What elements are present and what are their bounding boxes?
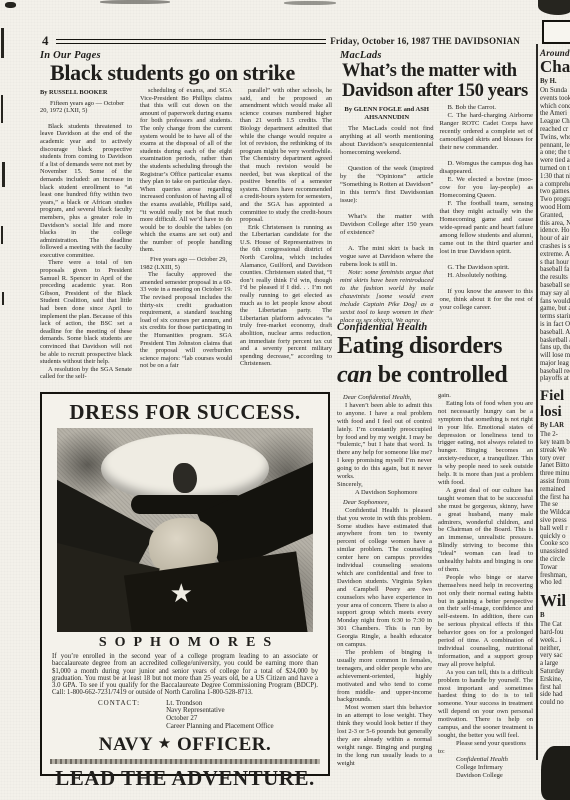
column-rule xyxy=(536,44,538,760)
cutoff-byline: By H. xyxy=(540,78,570,85)
text-fragment: turned on th xyxy=(540,165,570,173)
text-fragment: On Sunda xyxy=(540,87,570,95)
masthead-rule xyxy=(56,39,327,44)
paragraph: E. We elected a bovine (moo-cow for you … xyxy=(440,176,534,200)
cutoff-text-2: The 2-key team bstreak Wetory overJanet … xyxy=(540,431,570,587)
navy-word: NAVY xyxy=(99,734,153,755)
paragraph: Please send your questions to: xyxy=(438,740,533,756)
text-fragment: events took xyxy=(540,95,570,103)
text-fragment: key team b xyxy=(540,439,570,447)
article-column-1: By GLENN FOGLE and ASH AHSANNUDINThe Mac… xyxy=(340,104,434,325)
text-fragment: Towar xyxy=(540,564,570,572)
article-column-2: gain.Eating lots of food when you are no… xyxy=(438,392,533,779)
article-headline-line2: Davidson after 150 years xyxy=(342,81,533,101)
article-eating-disorders: Confidential Health Eating disorders can… xyxy=(337,322,533,779)
ad-contact-block: CONTACT: Lt. TrondsonNavy Representative… xyxy=(98,700,320,730)
text-fragment: The 2- xyxy=(540,431,570,439)
text-fragment: Twins, who xyxy=(540,134,570,142)
text-fragment: playoffs at xyxy=(540,375,570,383)
cutoff-headline: Cha xyxy=(540,58,570,76)
cutoff-headline3: Wil xyxy=(540,592,570,610)
text-fragment: baseball. A xyxy=(540,329,570,337)
star-icon: ★ xyxy=(158,734,172,752)
text-fragment: the results xyxy=(540,274,570,282)
contact-lines: Lt. TrondsonNavy RepresentativeOctober 2… xyxy=(166,700,274,730)
text-fragment: idence. Ho xyxy=(540,227,570,235)
paragraph: F. The football team, sensing that they … xyxy=(440,200,534,256)
text-fragment: side had xyxy=(540,691,570,699)
officer-torso xyxy=(124,551,308,632)
text-fragment: Janet Bitto xyxy=(540,462,570,470)
text-fragment: freshman, xyxy=(540,572,570,580)
paragraph: H. Absolutely nothing. xyxy=(440,272,534,280)
article-headline-line1: Eating disorders xyxy=(337,334,533,359)
cutoff-text-3: The Cathard-fouweek.. ineither,very saca… xyxy=(540,621,570,707)
text-fragment: baseball rec xyxy=(540,368,570,376)
paragraph: Most women start this behavior in an att… xyxy=(337,704,432,767)
text-fragment: assist from xyxy=(540,478,570,486)
text-fragment: could no xyxy=(540,699,570,707)
article-headline-line2: can be controlled xyxy=(337,363,533,388)
paragraph: Note: some feminists argue that mini ski… xyxy=(340,269,434,325)
text-fragment: The Cat xyxy=(540,621,570,629)
page-number: 4 xyxy=(42,33,49,49)
paragraph: A resolution by the SGA Senate called fo… xyxy=(40,366,132,381)
scan-artifact xyxy=(1,95,3,123)
text-fragment: game, but a xyxy=(540,305,570,313)
text-fragment: three minu xyxy=(540,470,570,478)
text-fragment: Granted, xyxy=(540,212,570,220)
paragraph: C. The hard-charging Airborne Ranger ROT… xyxy=(440,112,534,152)
paragraph: Sincerely, xyxy=(337,481,432,489)
text-fragment: Erskine, xyxy=(540,676,570,684)
paragraph: B. Bob the Carrot. xyxy=(440,104,534,112)
paragraph: Dear Confidential Health, xyxy=(337,394,432,402)
text-fragment: neither, xyxy=(540,645,570,653)
text-fragment: basketball a xyxy=(540,337,570,345)
paragraph: Erik Christensen is running as the Liber… xyxy=(240,224,332,368)
navy-officer-logo: NAVY ★ OFFICER. xyxy=(50,734,320,756)
paragraph: scheduling of exams, and SGA Vice-Presid… xyxy=(140,87,232,254)
text-fragment: who led xyxy=(540,579,570,587)
text-fragment: were tied at xyxy=(540,157,570,165)
headline-rest: be controlled xyxy=(372,362,507,388)
article-maclads: MacLads What’s the matter with Davidson … xyxy=(340,50,533,325)
paragraph: What’s the matter with Davidson College … xyxy=(340,213,434,237)
text-fragment: fans up, the xyxy=(540,344,570,352)
navy-officer-photo: ★ xyxy=(57,428,313,632)
paragraph: By RUSSELL BOOKER xyxy=(40,89,132,97)
text-fragment: s that hour xyxy=(540,259,570,267)
paragraph: College Infirmary xyxy=(438,764,533,772)
text-fragment: will lose m xyxy=(540,352,570,360)
text-fragment: extreme. Af xyxy=(540,251,570,259)
scan-artifact xyxy=(2,162,5,187)
paragraph: There were a total of ten proposals give… xyxy=(40,259,132,365)
cutoff-text-1: On Sundaevents tookwhich concthe AmeriLe… xyxy=(540,87,570,383)
paragraph: I haven’t been able to admit this to any… xyxy=(337,402,432,481)
paragraph: gain. xyxy=(438,392,533,400)
scan-artifact xyxy=(541,746,570,800)
text-fragment: unassisted xyxy=(540,548,570,556)
scan-artifact xyxy=(1,28,4,58)
halftone-divider xyxy=(50,759,320,764)
scan-artifact xyxy=(2,292,4,305)
paragraph: If you know the answer to this one, thin… xyxy=(440,288,534,312)
paragraph: Question of the week (inspired by the “O… xyxy=(340,165,434,205)
dateline: Friday, October 16, 1987 THE DAVIDSONIAN xyxy=(330,36,520,46)
text-fragment: first hal xyxy=(540,684,570,692)
article-column-2: scheduling of exams, and SGA Vice-Presid… xyxy=(140,87,232,370)
ad-tagline: LEAD THE ADVENTURE. xyxy=(50,766,320,791)
scan-artifact xyxy=(100,0,170,4)
text-fragment: week.. i xyxy=(540,637,570,645)
paragraph: Davidson College xyxy=(438,772,533,780)
text-fragment: may say al xyxy=(540,290,570,298)
scan-artifact xyxy=(538,0,570,15)
cutoff-byline2: By LAR xyxy=(540,422,570,429)
paragraph: parallel” with other schools, he said, a… xyxy=(240,87,332,224)
newspaper-page: 4 Friday, October 16, 1987 THE DAVIDSONI… xyxy=(0,0,570,800)
paragraph: Confidential Health xyxy=(438,756,533,764)
paragraph: The problem of binging is usually more c… xyxy=(337,649,432,704)
paragraph: G. The Davidson spirit. xyxy=(440,264,534,272)
paragraph: Eating lots of food when you are not nec… xyxy=(438,400,533,487)
cutoff-byline3: B xyxy=(540,612,570,619)
star-icon: ★ xyxy=(170,579,193,609)
article-column-2: B. Bob the Carrot.C. The hard-charging A… xyxy=(440,104,534,312)
text-fragment: the circle xyxy=(540,556,570,564)
article-column-1: By RUSSELL BOOKERFifteen years ago — Oct… xyxy=(40,87,132,381)
text-fragment: The se xyxy=(540,501,570,509)
text-fragment: remained xyxy=(540,486,570,494)
section-kicker: Confidential Health xyxy=(337,322,533,333)
cutoff-headline2-line2: losi xyxy=(540,404,570,420)
article-column-3: parallel” with other schools, he said, a… xyxy=(240,87,332,368)
headline-italic-word: can xyxy=(337,362,372,388)
article-headline-line1: What’s the matter with xyxy=(342,61,533,81)
text-fragment: the Ameri xyxy=(540,110,570,118)
masthead: 4 Friday, October 16, 1987 THE DAVIDSONI… xyxy=(42,33,520,49)
article-black-students-strike: In Our Pages Black students go on strike… xyxy=(40,50,332,381)
contact-line: Career Planning and Placement Office xyxy=(166,723,274,731)
paragraph: Five years ago — October 29, 1982 (LXIII… xyxy=(140,256,232,271)
text-fragment: very sac xyxy=(540,652,570,660)
article-headline: Black students go on strike xyxy=(50,62,332,84)
text-fragment: Two progra xyxy=(540,196,570,204)
cutoff-headline2-line1: Fiel xyxy=(540,388,570,404)
ad-sophomores-title: SOPHOMORES xyxy=(50,635,320,651)
article-column-1: Dear Confidential Health,I haven’t been … xyxy=(337,392,432,768)
paragraph: A Davidson Sophomore xyxy=(337,489,432,497)
ad-body-text: If you’re enrolled in the second year of… xyxy=(52,653,318,697)
paragraph: Dear Sophomore, xyxy=(337,499,432,507)
text-fragment: baseball ser xyxy=(540,282,570,290)
paragraph: Black students threatened to leave David… xyxy=(40,123,132,260)
text-fragment: the Wildcat xyxy=(540,509,570,517)
text-fragment: two games. I xyxy=(540,188,570,196)
text-fragment: major leag xyxy=(540,360,570,368)
officer-word: OFFICER. xyxy=(177,734,271,755)
text-fragment: Cooke sco xyxy=(540,540,570,548)
contact-label: CONTACT: xyxy=(98,700,140,730)
paragraph: A great deal of our culture has taught w… xyxy=(438,487,533,574)
scan-artifact xyxy=(1,226,3,244)
paragraph: A. The mini skirt is back in vogue save … xyxy=(340,245,434,269)
text-fragment: baseball fa xyxy=(540,266,570,274)
text-fragment: ball well r xyxy=(540,525,570,533)
text-fragment: a large xyxy=(540,660,570,668)
text-fragment: is in fact Oc xyxy=(540,321,570,329)
cap-emblem xyxy=(173,463,196,494)
text-fragment: League Cha xyxy=(540,118,570,126)
text-fragment: hard-fou xyxy=(540,629,570,637)
paragraph: Fifteen years ago — October 20, 1972 (LX… xyxy=(40,100,132,115)
navy-recruitment-ad: DRESS FOR SUCCESS. ★ SOPHOMORES If you’r… xyxy=(40,392,330,776)
text-fragment: which conc xyxy=(540,103,570,111)
text-fragment: tory over xyxy=(540,455,570,463)
scan-artifact xyxy=(5,2,16,8)
scan-artifact xyxy=(284,1,336,5)
paragraph: By GLENN FOGLE and ASH AHSANNUDIN xyxy=(340,106,434,122)
text-fragment: streak We xyxy=(540,447,570,455)
text-fragment: pennant, led xyxy=(540,142,570,150)
text-fragment: terms starin xyxy=(540,313,570,321)
text-fragment: a comprehe xyxy=(540,181,570,189)
paragraph: D. Womgus the campus dog has disappeared… xyxy=(440,160,534,176)
text-fragment: reached cr xyxy=(540,126,570,134)
text-fragment: crashes is s xyxy=(540,243,570,251)
paragraph: The MacLads could not find anything at a… xyxy=(340,125,434,157)
cutoff-box xyxy=(542,20,570,44)
section-kicker: MacLads xyxy=(340,50,533,61)
text-fragment: a one; the t xyxy=(540,149,570,157)
ad-headline: DRESS FOR SUCCESS. xyxy=(50,400,320,425)
text-fragment: this area, Na xyxy=(540,220,570,228)
text-fragment: wood Home xyxy=(540,204,570,212)
text-fragment: sive press xyxy=(540,517,570,525)
text-fragment: Saturday xyxy=(540,668,570,676)
text-fragment: hour of air xyxy=(540,235,570,243)
text-fragment: quickly o xyxy=(540,533,570,541)
paragraph: As you can tell, this is a difficult pro… xyxy=(438,669,533,740)
text-fragment: 1:30 that ni xyxy=(540,173,570,181)
paragraph: Confidential Health is pleased that you … xyxy=(337,507,432,649)
paragraph: People who binge or starve themselves ne… xyxy=(438,574,533,669)
text-fragment: fans would xyxy=(540,298,570,306)
cutoff-right-column: Around th Cha By H. On Sundaevents tookw… xyxy=(540,20,570,707)
text-fragment: the first ha xyxy=(540,494,570,502)
paragraph: The faculty approved the amended semeste… xyxy=(140,271,232,370)
